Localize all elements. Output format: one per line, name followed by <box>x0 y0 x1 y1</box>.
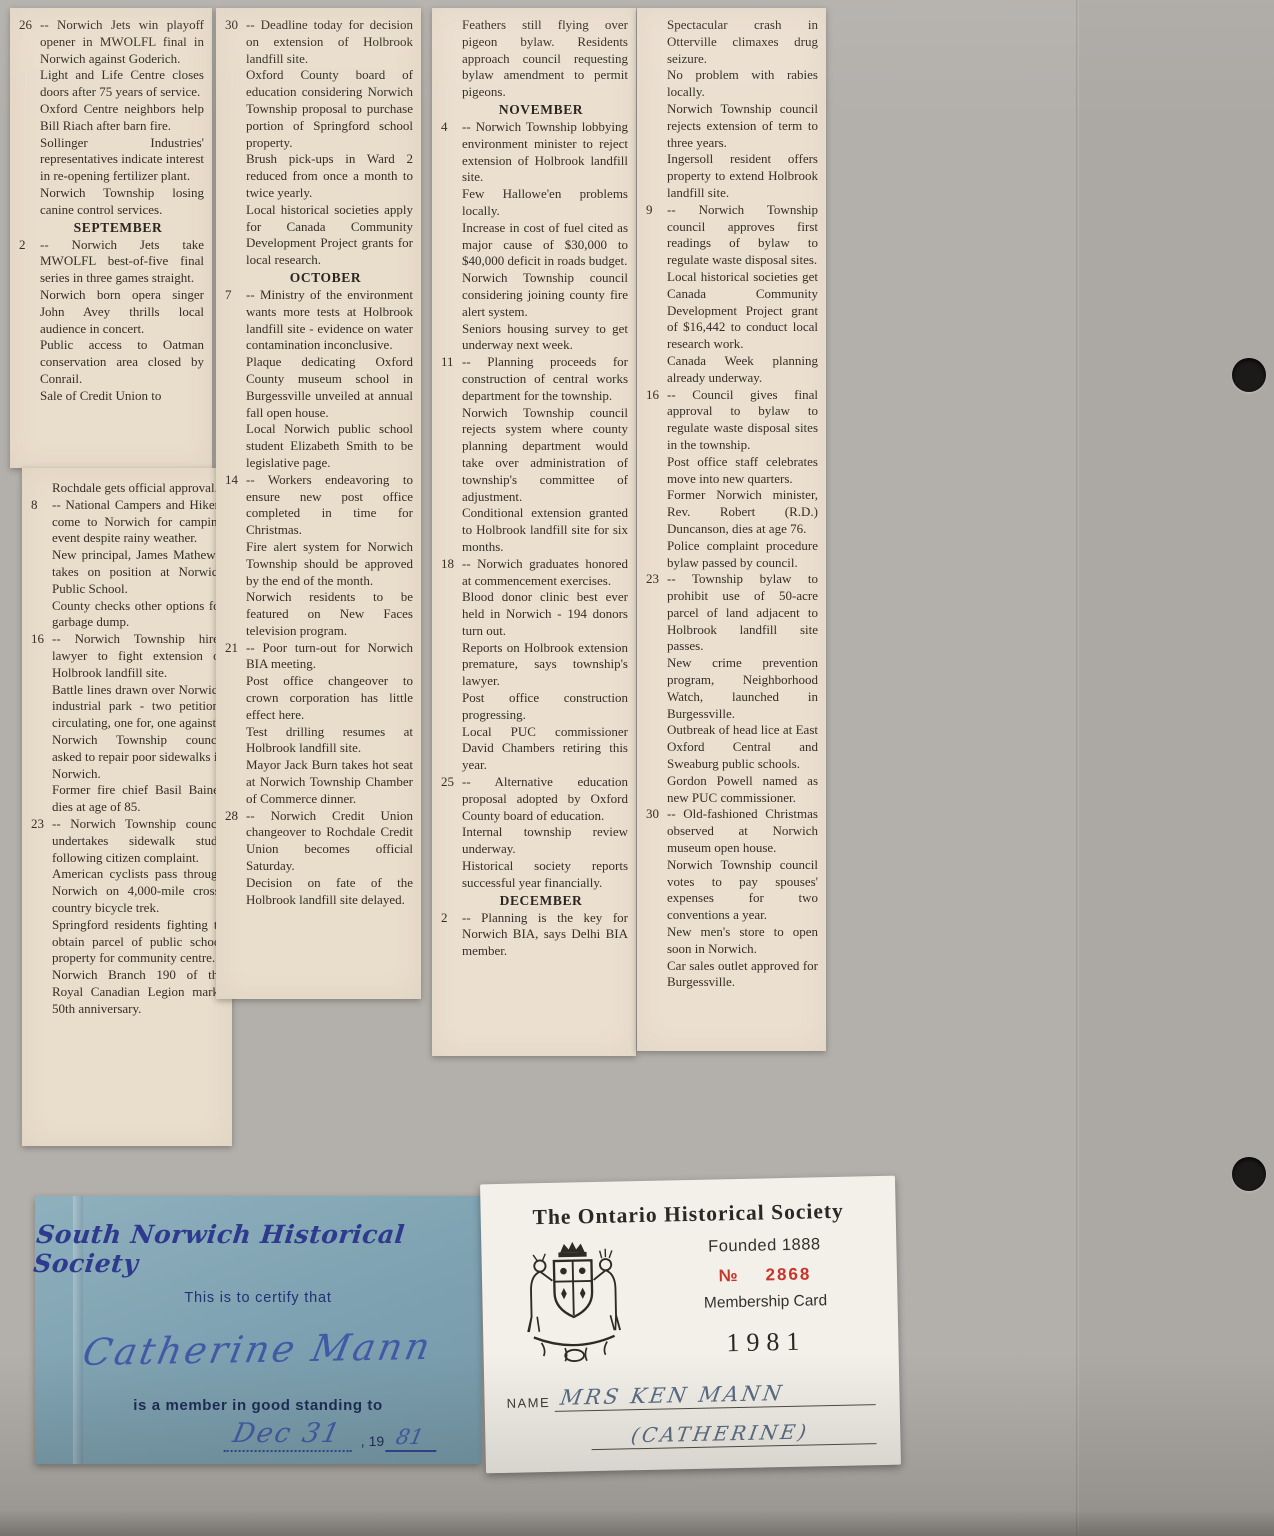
hole-punch-bottom <box>1232 1157 1266 1191</box>
blue-card-printed-19: , 19 <box>355 1433 388 1452</box>
news-clipping-column-4: Spectacular crash in Otterville climaxes… <box>637 8 826 1051</box>
news-entry: 16-- Norwich Township hires lawyer to fi… <box>30 631 224 816</box>
news-entry-day: 2 <box>441 910 448 927</box>
news-entry: Spectacular crash in Otterville climaxes… <box>645 17 818 202</box>
scrapbook-page: 26-- Norwich Jets win playoff opener in … <box>0 0 1274 1536</box>
news-paragraph: -- Norwich Township council approves fir… <box>667 202 818 269</box>
ohs-name-zone: NAME MRS KEN MANN (CATHERINE) <box>506 1374 876 1452</box>
blue-card-member-line: is a member in good standing to <box>133 1397 382 1414</box>
news-paragraph: -- Township bylaw to prohibit use of 50-… <box>667 571 818 655</box>
news-paragraph: Local Norwich public school student Eliz… <box>246 421 413 471</box>
news-paragraph: New men's store to open soon in Norwich. <box>667 924 818 958</box>
news-clipping-column-2: 30-- Deadline today for decision on exte… <box>216 8 421 999</box>
news-entry-day: 30 <box>225 17 238 34</box>
news-paragraph: Brush pick-ups in Ward 2 reduced from on… <box>246 151 413 201</box>
ohs-card-right-column: Founded 1888 № 2868 Membership Card 1981 <box>639 1234 891 1360</box>
news-entry-day: 16 <box>646 387 659 404</box>
news-paragraph: -- Norwich Township lobbying environment… <box>462 119 628 186</box>
news-entry: 11-- Planning proceeds for construction … <box>440 354 628 556</box>
news-paragraph: -- Norwich graduates honored at commence… <box>462 556 628 590</box>
news-paragraph: Public access to Oatman conservation are… <box>40 337 204 387</box>
hole-punch-top <box>1232 358 1266 392</box>
news-paragraph: Norwich Township council asked to repair… <box>52 732 224 782</box>
news-paragraph: Ingersoll resident offers property to ex… <box>667 151 818 201</box>
news-entry-day: 9 <box>646 202 653 219</box>
news-paragraph: Local PUC commissioner David Chambers re… <box>462 724 628 774</box>
ohs-number-row: № 2868 <box>640 1263 890 1288</box>
news-entry: 8-- National Campers and Hikers come to … <box>30 497 224 631</box>
ohs-membership-label: Membership Card <box>640 1291 890 1314</box>
news-paragraph: Battle lines drawn over Norwich industri… <box>52 682 224 732</box>
news-paragraph: Mayor Jack Burn takes hot seat at Norwic… <box>246 757 413 807</box>
news-paragraph: Norwich Township council votes to pay sp… <box>667 857 818 924</box>
news-paragraph: Norwich Township council rejects system … <box>462 405 628 506</box>
news-paragraph: Canada Week planning already underway. <box>667 353 818 387</box>
news-paragraph: -- Workers endeavoring to ensure new pos… <box>246 472 413 539</box>
news-paragraph: Decision on fate of the Holbrook landfil… <box>246 875 413 909</box>
news-entry-day: 11 <box>441 354 454 371</box>
news-paragraph: Sollinger Industries' representatives in… <box>40 135 204 185</box>
news-paragraph: Fire alert system for Norwich Township s… <box>246 539 413 589</box>
news-entry-day: 23 <box>31 816 44 833</box>
ohs-name-handwritten: MRS KEN MANN <box>558 1381 786 1410</box>
news-entry: 30-- Deadline today for decision on exte… <box>224 17 413 269</box>
coat-of-arms-icon <box>511 1237 636 1387</box>
news-entry: 7-- Ministry of the environment wants mo… <box>224 287 413 472</box>
news-entry-day: 7 <box>225 287 232 304</box>
blue-card-content: South Norwich Historical Society This is… <box>35 1196 481 1464</box>
news-clipping-column-1-bottom: Rochdale gets official approval.8-- Nati… <box>22 468 232 1146</box>
news-paragraph: Internal township review underway. <box>462 824 628 858</box>
blue-card-member-name: Catherine Mann <box>79 1325 436 1374</box>
month-heading: DECEMBER <box>440 892 628 910</box>
news-paragraph: County checks other options for garbage … <box>52 598 224 632</box>
news-paragraph: Former Norwich minister, Rev. Robert (R.… <box>667 487 818 537</box>
news-entry: 28-- Norwich Credit Union changeover to … <box>224 808 413 909</box>
ontario-historical-society-card: The Ontario Historical Society <box>480 1176 901 1474</box>
news-entry-day: 14 <box>225 472 238 489</box>
news-paragraph: Rochdale gets official approval. <box>52 480 224 497</box>
blue-card-certify-line: This is to certify that <box>184 1290 331 1306</box>
news-paragraph: Light and Life Centre closes doors after… <box>40 67 204 101</box>
news-paragraph: -- Ministry of the environment wants mor… <box>246 287 413 354</box>
news-paragraph: Outbreak of head lice at East Oxford Cen… <box>667 722 818 772</box>
blue-card-date-line: Dec 31 , 19 81 <box>227 1418 439 1452</box>
news-entry: Rochdale gets official approval. <box>30 480 224 497</box>
blue-card-date-handwritten: Dec 31 <box>223 1418 358 1452</box>
news-paragraph: -- Alternative education proposal adopte… <box>462 774 628 824</box>
month-heading: OCTOBER <box>224 269 413 287</box>
news-entry-day: 4 <box>441 119 448 136</box>
news-entry-day: 30 <box>646 806 659 823</box>
news-paragraph: Spectacular crash in Otterville climaxes… <box>667 17 818 67</box>
news-paragraph: Local historical societies apply for Can… <box>246 202 413 269</box>
news-paragraph: Post office staff celebrates move into n… <box>667 454 818 488</box>
blue-card-title: South Norwich Historical Society <box>32 1220 484 1278</box>
news-paragraph: -- Norwich Credit Union changeover to Ro… <box>246 808 413 875</box>
news-paragraph: Test drilling resumes at Holbrook landfi… <box>246 724 413 758</box>
news-paragraph: Oxford County board of education conside… <box>246 67 413 151</box>
ohs-year: 1981 <box>641 1325 892 1360</box>
news-paragraph: New principal, James Mathews, takes on p… <box>52 547 224 597</box>
news-paragraph: Local historical societies get Canada Co… <box>667 269 818 353</box>
news-clipping-column-3: Feathers still flying over pigeon bylaw.… <box>432 8 636 1056</box>
page-shading <box>1079 0 1274 1536</box>
news-paragraph: Norwich Branch 190 of the Royal Canadian… <box>52 967 224 1017</box>
news-entry-day: 8 <box>31 497 38 514</box>
ohs-name-underline-2: (CATHERINE) <box>591 1413 877 1450</box>
news-paragraph: Norwich residents to be featured on New … <box>246 589 413 639</box>
news-entry-day: 21 <box>225 640 238 657</box>
south-norwich-membership-card: South Norwich Historical Society This is… <box>35 1196 481 1464</box>
news-entry-day: 28 <box>225 808 238 825</box>
news-paragraph: American cyclists pass through Norwich o… <box>52 866 224 916</box>
news-paragraph: -- Old-fashioned Christmas observed at N… <box>667 806 818 856</box>
news-paragraph: Former fire chief Basil Baines dies at a… <box>52 782 224 816</box>
news-paragraph: No problem with rabies locally. <box>667 67 818 101</box>
news-paragraph: Conditional extension granted to Holbroo… <box>462 505 628 555</box>
news-entry: Feathers still flying over pigeon bylaw.… <box>440 17 628 101</box>
news-paragraph: Gordon Powell named as new PUC commissio… <box>667 773 818 807</box>
news-entry: 23-- Township bylaw to prohibit use of 5… <box>645 571 818 806</box>
month-heading: SEPTEMBER <box>18 219 204 237</box>
page-crease <box>1076 0 1079 1536</box>
news-paragraph: Norwich born opera singer John Avey thri… <box>40 287 204 337</box>
news-paragraph: -- Poor turn-out for Norwich BIA meeting… <box>246 640 413 674</box>
news-paragraph: Post office construction progressing. <box>462 690 628 724</box>
ohs-founded: Founded 1888 <box>639 1234 889 1258</box>
news-entry: 25-- Alternative education proposal adop… <box>440 774 628 892</box>
news-entry: 2-- Planning is the key for Norwich BIA,… <box>440 910 628 960</box>
news-entry: 4-- Norwich Township lobbying environmen… <box>440 119 628 354</box>
news-entry: 18-- Norwich graduates honored at commen… <box>440 556 628 774</box>
news-entry-day: 2 <box>19 237 26 254</box>
news-paragraph: -- Deadline today for decision on extens… <box>246 17 413 67</box>
news-paragraph: Oxford Centre neighbors help Bill Riach … <box>40 101 204 135</box>
news-paragraph: -- National Campers and Hikers come to N… <box>52 497 224 547</box>
news-entry: 9-- Norwich Township council approves fi… <box>645 202 818 387</box>
news-paragraph: Norwich Township council considering joi… <box>462 270 628 320</box>
news-paragraph: -- Norwich Jets take MWOLFL best-of-five… <box>40 237 204 287</box>
news-paragraph: -- Planning proceeds for construction of… <box>462 354 628 404</box>
news-entry: 23-- Norwich Township council undertakes… <box>30 816 224 1018</box>
ohs-card-title: The Ontario Historical Society <box>480 1198 895 1232</box>
news-paragraph: -- Planning is the key for Norwich BIA, … <box>462 910 628 960</box>
news-clipping-column-1-top: 26-- Norwich Jets win playoff opener in … <box>10 8 212 468</box>
news-paragraph: Plaque dedicating Oxford County museum s… <box>246 354 413 421</box>
news-entry: 16-- Council gives final approval to byl… <box>645 387 818 572</box>
news-paragraph: -- Norwich Township council undertakes s… <box>52 816 224 866</box>
news-paragraph: -- Council gives final approval to bylaw… <box>667 387 818 454</box>
news-entry-day: 23 <box>646 571 659 588</box>
news-entry-day: 25 <box>441 774 454 791</box>
news-entry: 2-- Norwich Jets take MWOLFL best-of-fiv… <box>18 237 204 405</box>
news-paragraph: Few Hallowe'en problems locally. <box>462 186 628 220</box>
ohs-number-label: № <box>718 1266 739 1286</box>
news-entry-day: 26 <box>19 17 32 34</box>
news-paragraph: Police complaint procedure bylaw passed … <box>667 538 818 572</box>
news-paragraph: Springford residents fighting to obtain … <box>52 917 224 967</box>
news-paragraph: Increase in cost of fuel cited as major … <box>462 220 628 270</box>
ohs-name-label: NAME <box>506 1395 550 1413</box>
news-paragraph: New crime prevention program, Neighborho… <box>667 655 818 722</box>
news-paragraph: Blood donor clinic best ever held in Nor… <box>462 589 628 639</box>
ohs-name-handwritten-2: (CATHERINE) <box>629 1420 810 1448</box>
news-paragraph: Car sales outlet approved for Burgessvil… <box>667 958 818 992</box>
news-paragraph: Historical society reports successful ye… <box>462 858 628 892</box>
news-entry: 14-- Workers endeavoring to ensure new p… <box>224 472 413 640</box>
blue-card-year-handwritten: 81 <box>385 1425 441 1452</box>
news-paragraph: Norwich Township losing canine control s… <box>40 185 204 219</box>
news-entry: 26-- Norwich Jets win playoff opener in … <box>18 17 204 219</box>
news-paragraph: Sale of Credit Union to <box>40 388 204 405</box>
news-entry-day: 18 <box>441 556 454 573</box>
news-paragraph: Seniors housing survey to get underway n… <box>462 321 628 355</box>
news-paragraph: -- Norwich Jets win playoff opener in MW… <box>40 17 204 67</box>
news-paragraph: -- Norwich Township hires lawyer to figh… <box>52 631 224 681</box>
news-paragraph: Feathers still flying over pigeon bylaw.… <box>462 17 628 101</box>
news-entry: 30-- Old-fashioned Christmas observed at… <box>645 806 818 991</box>
ohs-name-row: NAME MRS KEN MANN <box>506 1374 876 1413</box>
news-entry-day: 16 <box>31 631 44 648</box>
news-paragraph: Post office changeover to crown corporat… <box>246 673 413 723</box>
page-bottom-edge <box>0 1510 1274 1536</box>
news-paragraph: Reports on Holbrook extension premature,… <box>462 640 628 690</box>
ohs-number-value: 2868 <box>765 1264 811 1285</box>
news-entry: 21-- Poor turn-out for Norwich BIA meeti… <box>224 640 413 808</box>
month-heading: NOVEMBER <box>440 101 628 119</box>
news-paragraph: Norwich Township council rejects extensi… <box>667 101 818 151</box>
ohs-name-underline: MRS KEN MANN <box>554 1374 876 1412</box>
